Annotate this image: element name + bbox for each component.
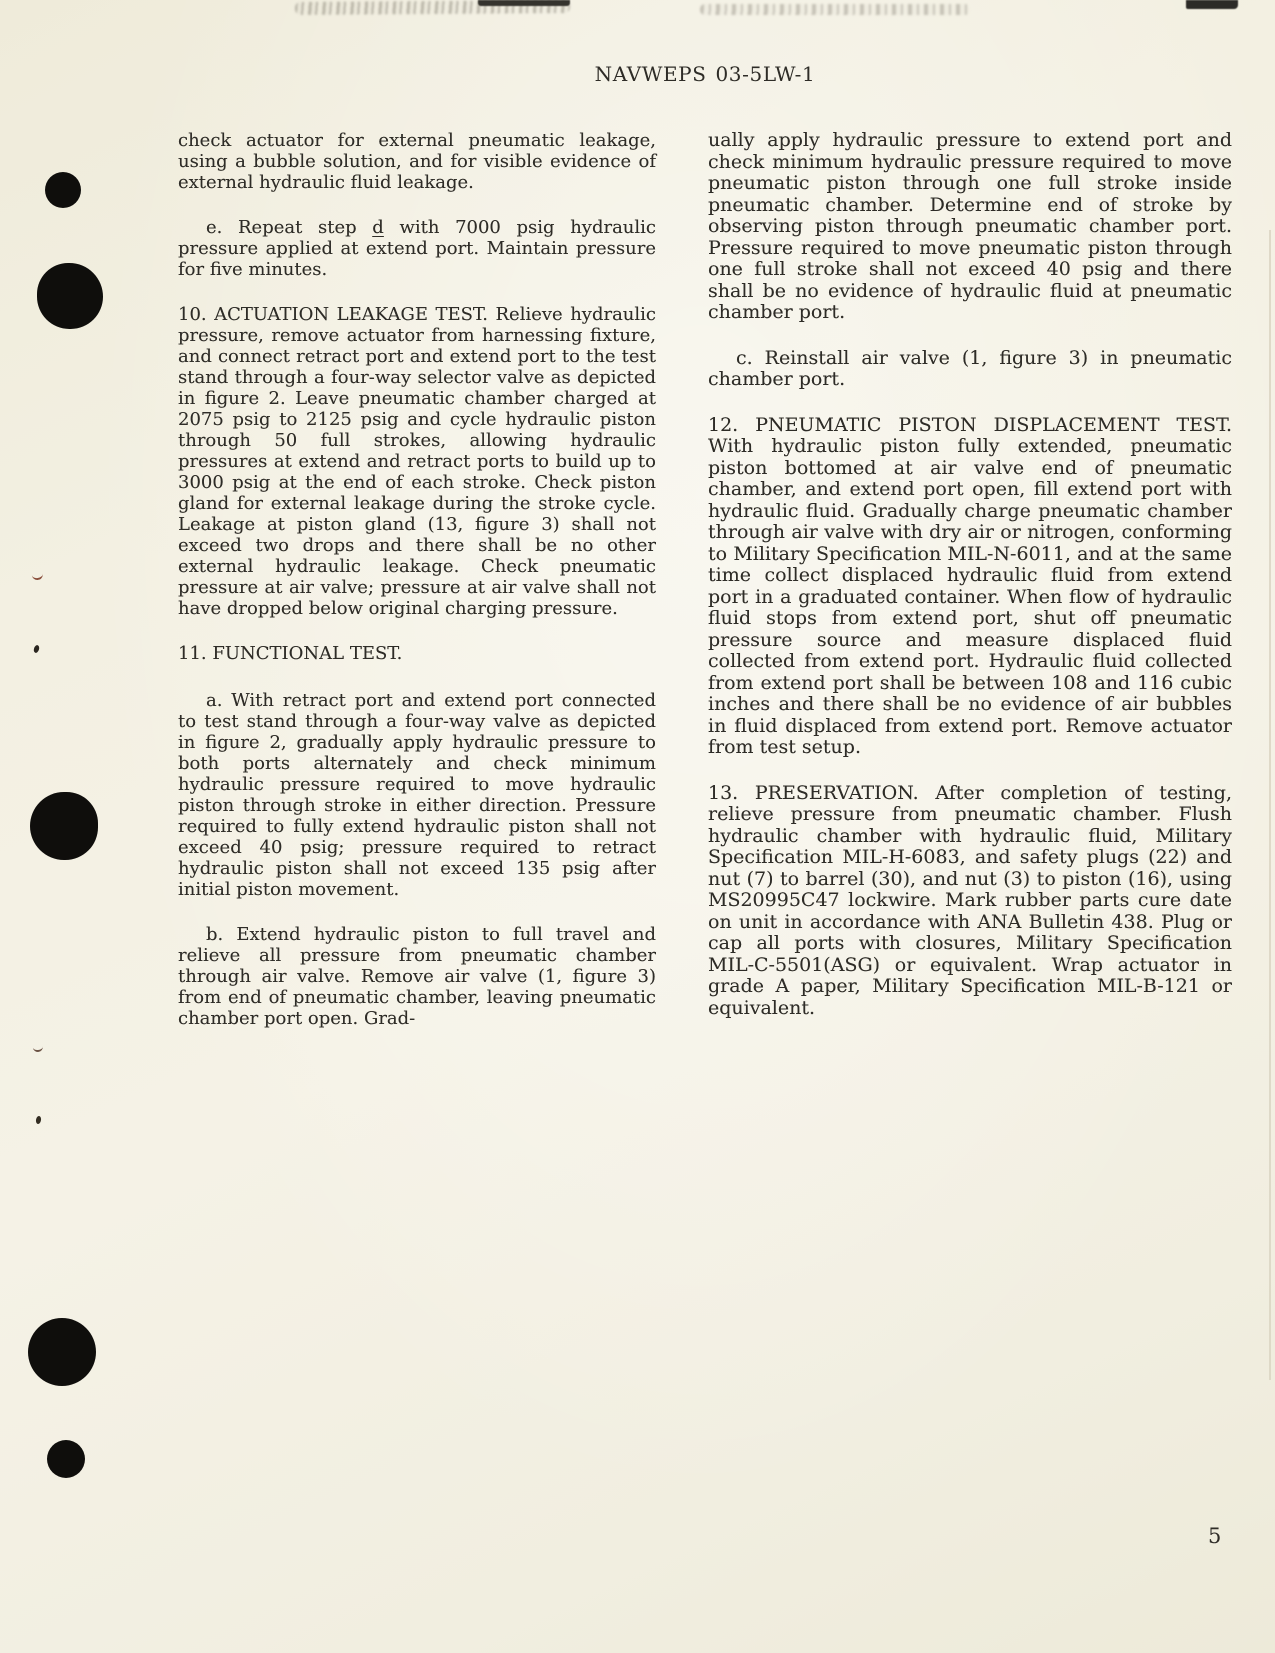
punch-hole — [28, 1318, 96, 1386]
stray-ink-dot — [35, 1116, 41, 1125]
stray-ink-dot — [33, 644, 40, 653]
stray-pen-mark — [33, 1044, 44, 1052]
section-13-preservation: 13. PRESERVATION. After completion of te… — [708, 783, 1232, 1020]
top-edge-smudge — [700, 4, 970, 15]
paragraph-step-b: b. Extend hydraulic piston to full trave… — [178, 924, 656, 1029]
paragraph-continuation-step-b: ually apply hydraulic pressure to extend… — [708, 130, 1232, 324]
top-right-corner-mark — [1186, 0, 1238, 9]
paragraph-continuation-step-d: check actuator for external pneumatic le… — [178, 130, 656, 193]
paragraph-step-c: c. Reinstall air valve (1, figure 3) in … — [708, 348, 1232, 391]
section-10-actuation-leakage-test: 10. ACTUATION LEAKAGE TEST. Relieve hydr… — [178, 304, 656, 619]
page-number: 5 — [1208, 1524, 1221, 1548]
paragraph-step-e: e. Repeat step d with 7000 psig hydrauli… — [178, 217, 656, 280]
step-e-text-before: e. Repeat step — [206, 217, 372, 238]
punch-hole — [45, 172, 81, 208]
left-column: check actuator for external pneumatic le… — [178, 130, 656, 1053]
section-11-heading: 11. FUNCTIONAL TEST. — [178, 643, 656, 664]
scan-crease-line — [1269, 230, 1271, 1380]
scanned-manual-page: NAVWEPS 03-5LW-1 check actuator for exte… — [0, 0, 1275, 1653]
step-e-underlined-reference: d — [372, 217, 384, 238]
page-header: NAVWEPS 03-5LW-1 — [178, 62, 1232, 86]
section-12-pneumatic-piston-displacement-test: 12. PNEUMATIC PISTON DISPLACEMENT TEST. … — [708, 415, 1232, 759]
paragraph-step-a: a. With retract port and extend port con… — [178, 690, 656, 900]
punch-hole — [37, 263, 103, 329]
stray-pen-mark — [31, 571, 43, 580]
punch-hole — [47, 1440, 85, 1478]
top-edge-dark-bar — [478, 0, 570, 6]
right-column: ually apply hydraulic pressure to extend… — [708, 130, 1232, 1043]
punch-hole — [30, 792, 98, 860]
